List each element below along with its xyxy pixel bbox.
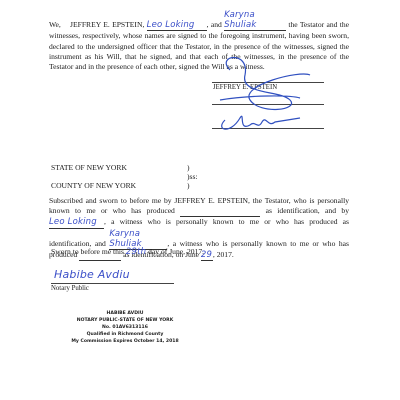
venue-county: COUNTY OF NEW YORK: [51, 181, 136, 190]
signature-line-2: [212, 104, 324, 105]
witness2-handwritten: Karyna Shuliak: [224, 10, 256, 30]
testator-name: JEFFREY E. EPSTEIN,: [70, 20, 144, 29]
jurat-part6: , 2017.: [213, 250, 234, 259]
sworn-prefix: Sworn to before me this: [51, 247, 124, 256]
jurat-witness1-field: Leo Loking: [49, 217, 104, 228]
intro-paragraph: We, JEFFREY E. EPSTEIN, Leo Loking, and …: [49, 10, 349, 72]
notary-label: Notary Public: [51, 285, 89, 292]
sworn-suffix: day of June, 2017.: [148, 247, 204, 256]
venue-state: STATE OF NEW YORK: [51, 163, 127, 172]
witness1-name-field: Leo Loking: [147, 20, 207, 31]
sworn-day-handwritten: 29th: [126, 247, 146, 257]
notary-stamp: HABIBE AVDIU NOTARY PUBLIC-STATE OF NEW …: [60, 310, 190, 345]
witness2-name-field: Karyna Shuliak: [224, 10, 286, 31]
venue-paren-1: ): [187, 163, 190, 172]
venue-paren-2: ): [187, 181, 190, 190]
stamp-line: Qualified in Richmond County: [60, 331, 190, 338]
testator-id-field: [180, 206, 260, 217]
notary-signature: Habibe Avdiu: [54, 268, 130, 281]
notary-signature-line: [51, 283, 174, 284]
jurat-witness1-handwritten: Leo Loking: [49, 217, 97, 227]
intro-and: , and: [207, 20, 222, 29]
venue-ss: )ss:: [187, 172, 198, 181]
stamp-line: No. 01AV6313116: [60, 324, 190, 331]
stamp-line: My Commission Expires October 14, 2018: [60, 338, 190, 345]
jurat-witness2-handwritten: Karyna Shuliak: [109, 229, 141, 249]
witness1-handwritten: Leo Loking: [147, 20, 195, 30]
jurat-part2: as identification, and by: [266, 206, 349, 215]
stamp-line: HABIBE AVDIU: [60, 310, 190, 317]
intro-we: We,: [49, 20, 61, 29]
sworn-line: Sworn to before me this 29th day of June…: [51, 247, 204, 257]
testator-signature-scribble: [0, 0, 1, 1]
stamp-line: NOTARY PUBLIC-STATE OF NEW YORK: [60, 317, 190, 324]
testator-signature-label: JEFFREY E. EPSTEIN: [213, 84, 277, 91]
